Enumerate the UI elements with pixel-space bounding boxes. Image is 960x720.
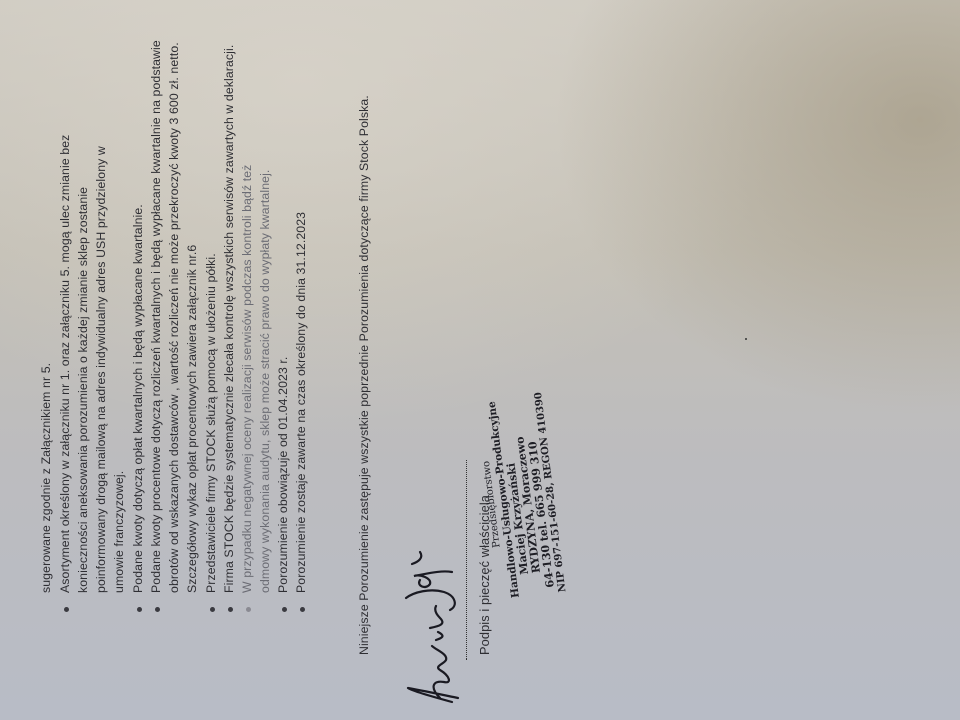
- body-line: odmowy wykonania audytu, sklep może stra…: [258, 170, 272, 593]
- body-line: Przedstawiciele firmy STOCK służą pomocą…: [204, 253, 218, 593]
- bullet-icon: [246, 607, 251, 612]
- body-line: Podane kwoty procentowe dotyczą rozlicze…: [149, 40, 163, 593]
- bullet-icon: [210, 607, 215, 612]
- body-line: Porozumienie obowiązuje od 01.04.2023 r.: [276, 357, 290, 593]
- paper-speck: [745, 338, 747, 340]
- closing-statement: Niniejsze Porozumienie zastępuje wszystk…: [357, 95, 371, 655]
- bullet-icon: [300, 607, 305, 612]
- body-line: umowie franczyzowej.: [112, 471, 126, 593]
- bullet-icon: [228, 607, 233, 612]
- body-line: obrotów od wskazanych dostawców , wartoś…: [167, 42, 181, 593]
- document-page: sugerowane zgodnie z Załącznikiem nr 5. …: [0, 0, 960, 720]
- body-line: Porozumienie zostaje zawarte na czas okr…: [294, 212, 308, 593]
- bullet-icon: [64, 607, 69, 612]
- body-line: Asortyment określony w załączniku nr 1. …: [58, 135, 72, 593]
- body-line: Podane kwoty dotyczą opłat kwartalnych i…: [131, 204, 145, 593]
- body-line: sugerowane zgodnie z Załącznikiem nr 5.: [39, 363, 53, 593]
- handwritten-signature-icon: [400, 480, 470, 710]
- body-line: poinformowany drogą mailową na adres ind…: [94, 146, 108, 593]
- body-line: Firma STOCK będzie systematycznie zlecał…: [222, 45, 236, 593]
- bullet-icon: [155, 607, 160, 612]
- paper-speck: [176, 288, 178, 290]
- body-line: Szczegółowy wykaz opłat procentowych zaw…: [185, 245, 199, 593]
- body-line: W przypadku negatywnej oceny realizacji …: [240, 165, 254, 593]
- bullet-icon: [137, 607, 142, 612]
- signature-line: [466, 460, 467, 660]
- body-line: konieczności aneksowania porozumienia o …: [76, 187, 90, 593]
- bullet-icon: [282, 607, 287, 612]
